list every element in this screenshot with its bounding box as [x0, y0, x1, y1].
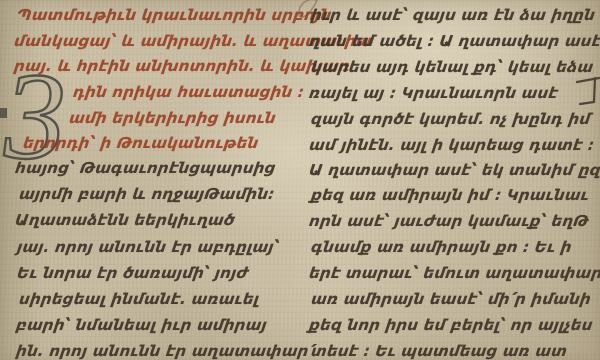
quire-mark-icon: [574, 74, 600, 110]
text-line: Աղատաձէնն եերկիւղած: [14, 211, 236, 229]
text-line: որն ասէ՝ յաւժար կամաւք՝ եղԹ: [308, 212, 590, 230]
rubric-line: րայ. և հրէին անխոտորին. և կախառ: [13, 57, 351, 75]
text-line: ղան եմ ածել ։ Ա ղատափար ասէ: [308, 32, 600, 50]
text-line: կարես այդ կենալ քդ՝ կեալ եձա: [310, 58, 595, 76]
rubric-line: ամի երկերիւրից իսուն: [68, 109, 277, 127]
text-line: առ ամիրայն եասէ՝ մի՛ր իմանի: [310, 290, 592, 308]
text-line: զայն գործէ կարեմ. ոչ խընդ իմ: [310, 110, 592, 128]
text-line: գնամք առ ամիրայն քո ։ Եւ ի: [310, 238, 573, 256]
rubric-line: դին որիկա հաւատացին ։: [72, 83, 305, 101]
text-line: քեզ առ ամիրայն իմ ։ Կրաւնաւ: [310, 186, 590, 204]
text-line: ին. որոյ անունն էր աղատափար՛: [15, 342, 315, 360]
text-line: սիրեցեալ ինմանէ. առաւել: [18, 290, 260, 308]
text-line: այրմի բարի և ողջայԹամին։: [18, 185, 276, 203]
manuscript-page: 3 Պատմութիւն կրաւնաւորին սրբոյն մանկացայ…: [0, 0, 600, 360]
rubric-line: երորդի՝ ի Թուականութեն: [22, 134, 260, 152]
text-line: տեսէ ։ Եւ պատմեաց առ ատ: [310, 342, 568, 360]
text-line: ամ յինէն. այլ ի կարեաց դատէ ։: [308, 136, 596, 154]
text-line: Ա ղատափար ասէ՝ եկ տանիմ ըզ: [308, 161, 600, 179]
text-line: յայ. որոյ անունն էր աբդըլայ՝: [16, 238, 280, 256]
text-line: քեզ նոր իրս եմ բերել՝ որ այլչես: [308, 316, 594, 334]
text-line: երէ տարաւ՝ եմուտ աղատափար: [308, 264, 600, 282]
text-line: ռայել այ ։ Կրաւնաւորն ասէ: [308, 84, 559, 102]
rubric-line: Պատմութիւն կրաւնաւորին սրբոյն: [16, 6, 333, 24]
text-line: հայոց՝ Թագաւորէնցպարսից: [14, 159, 277, 177]
text-line: բարի՝ նմանեալ իւր ամիրայ: [15, 316, 268, 334]
text-line: Եւ նորա էր ծառայմի՝ յոյժ: [16, 264, 250, 282]
text-line: իւր և ասէ՝ զայս առ էն ձա իղըն: [310, 6, 596, 24]
